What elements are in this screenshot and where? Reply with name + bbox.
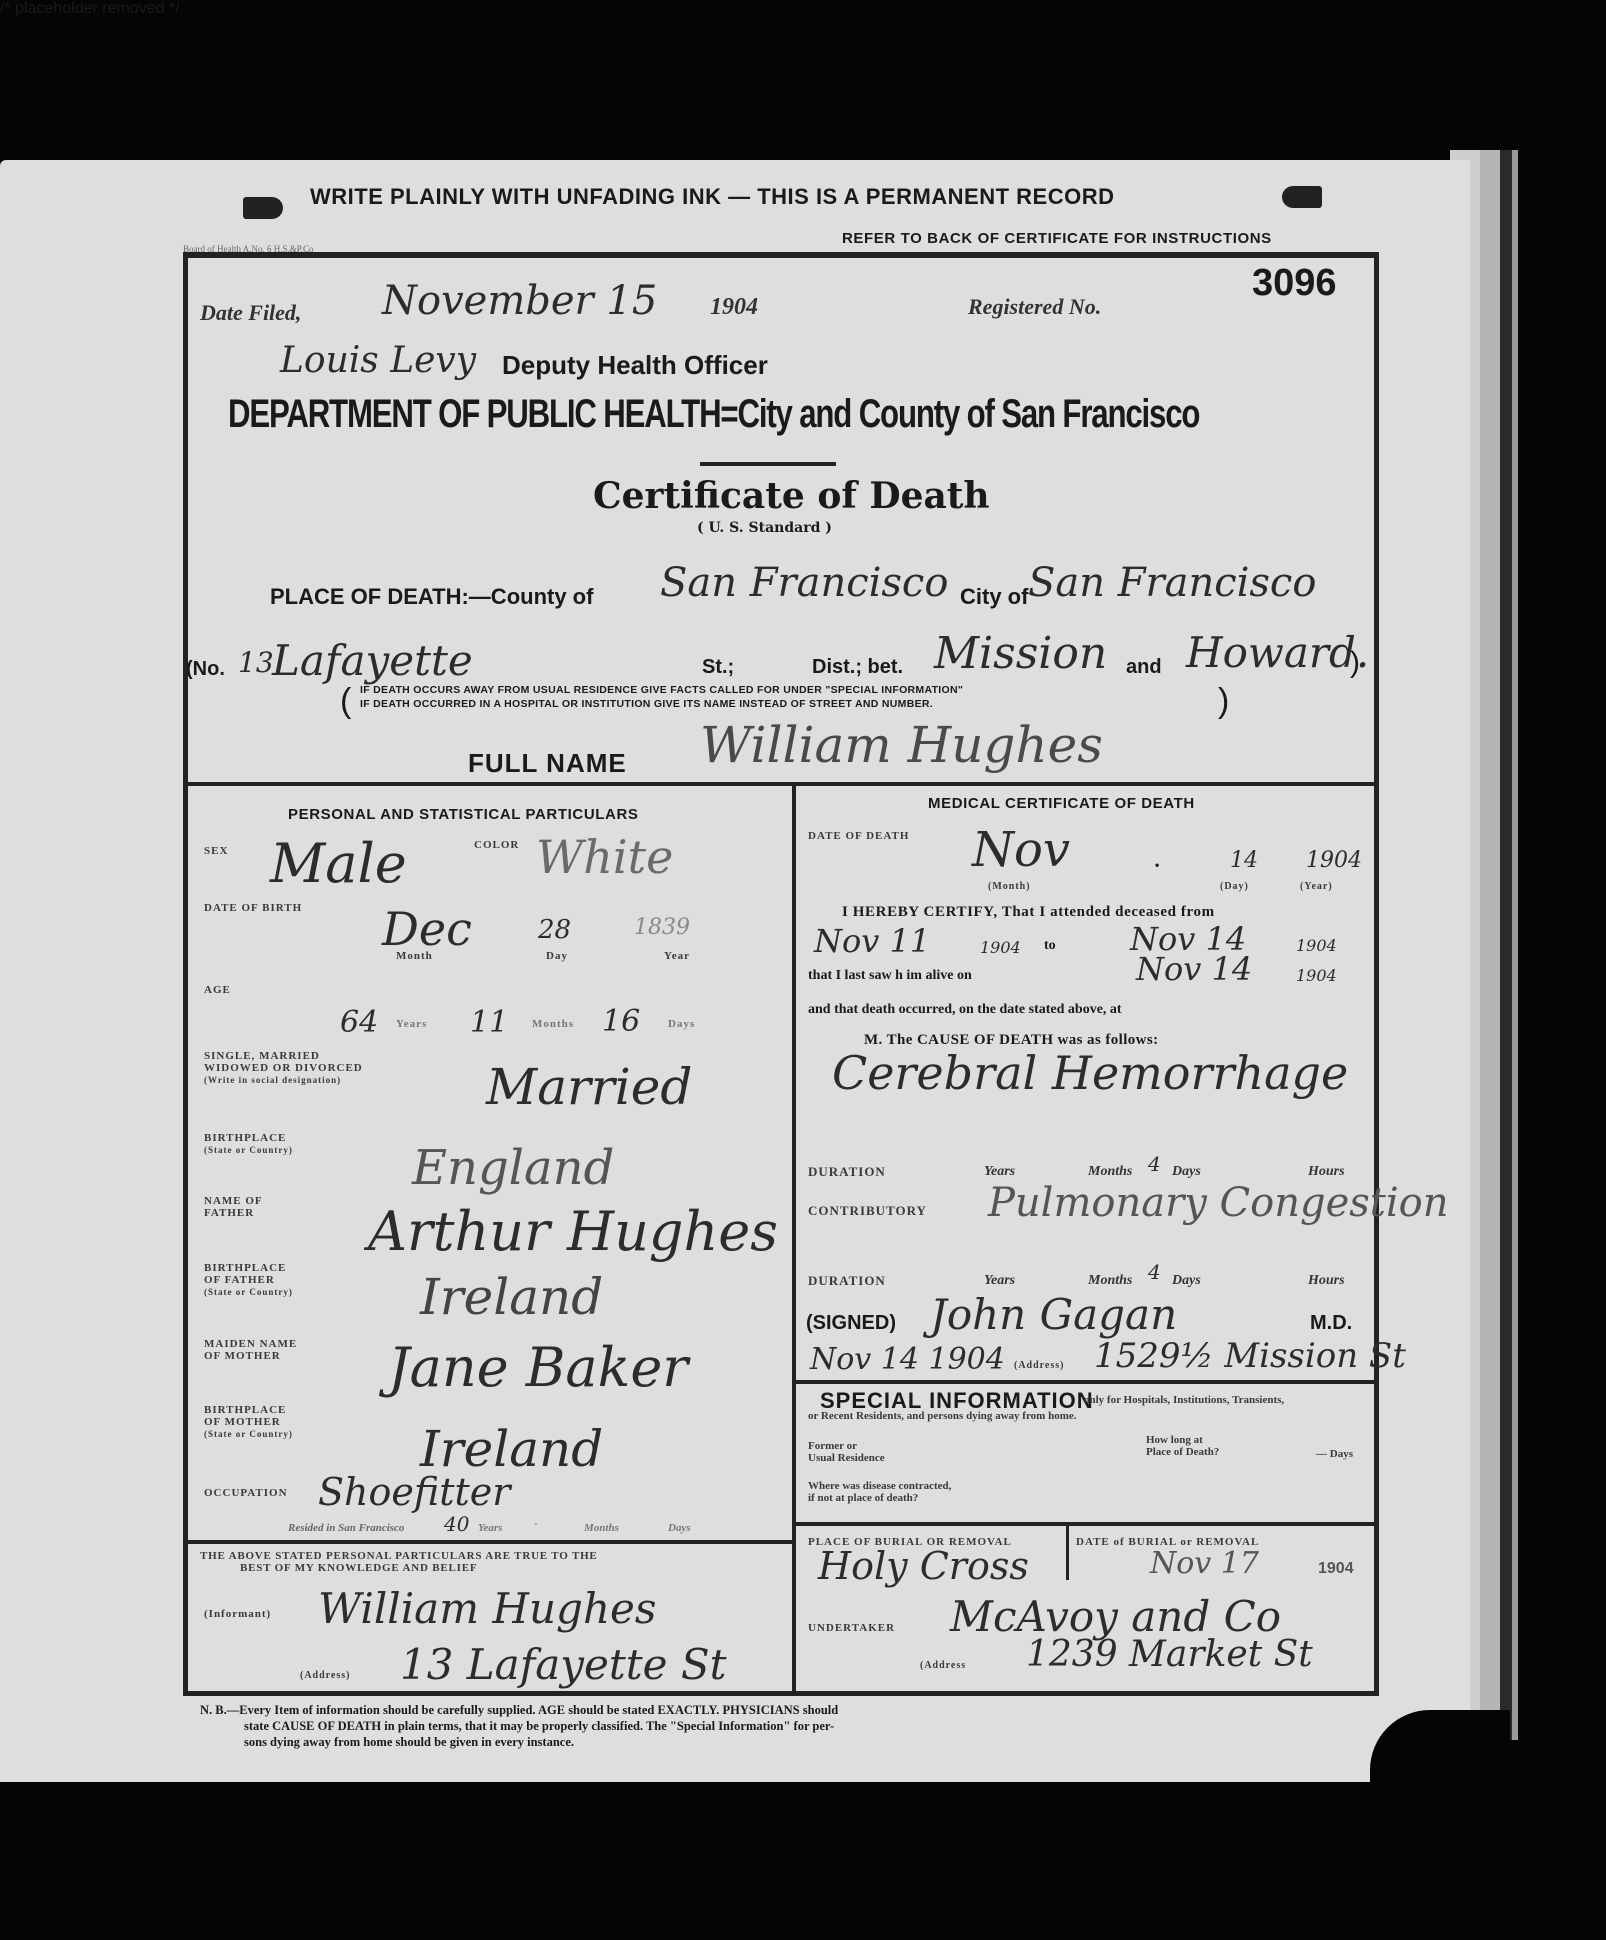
how-long-label: How long at Place of Death? <box>1146 1434 1219 1458</box>
burial-column-divider <box>1066 1524 1069 1580</box>
title-divider <box>700 462 836 466</box>
informant-label: (Informant) <box>204 1608 271 1620</box>
pointing-hand-icon <box>243 197 283 219</box>
ledger-page-edge <box>1500 150 1512 1740</box>
registered-label: Registered No. <box>968 294 1101 320</box>
marital-label-line: (Write in social designation) <box>204 1074 363 1086</box>
cause-value: Cerebral Hemorrhage <box>832 1046 1348 1100</box>
sex-value: Male <box>270 832 407 895</box>
dob-year: 1839 <box>634 915 690 940</box>
date-filed-year: 1904 <box>710 294 758 321</box>
birthplace-value: England <box>412 1140 614 1196</box>
banner-text: WRITE PLAINLY WITH UNFADING INK — THIS I… <box>310 184 1115 210</box>
physician-address-label: (Address) <box>1014 1360 1064 1372</box>
attended-to-year: 1904 <box>1296 936 1337 955</box>
city-value: San Francisco <box>1028 560 1316 606</box>
contracted-label-line: Where was disease contracted, <box>808 1480 951 1492</box>
special-note-2: or Recent Residents, and persons dying a… <box>808 1410 1077 1422</box>
occupation-label: OCCUPATION <box>204 1487 288 1499</box>
informant-statement: THE ABOVE STATED PERSONAL PARTICULARS AR… <box>200 1550 598 1574</box>
footnote-line: state CAUSE OF DEATH in plain terms, tha… <box>200 1718 838 1734</box>
and-label: and <box>1126 656 1162 679</box>
color-value: White <box>536 830 673 884</box>
undertaker-address: 1239 Market St <box>1026 1634 1313 1675</box>
age-months-label: Months <box>532 1018 574 1030</box>
officer-title: Deputy Health Officer <box>502 350 768 381</box>
dod-year: 1904 <box>1306 848 1362 873</box>
sex-label: SEX <box>204 845 228 857</box>
pointing-hand-icon <box>1282 186 1322 208</box>
duration-days-value: 4 <box>1148 1152 1161 1176</box>
informant-statement-line: THE ABOVE STATED PERSONAL PARTICULARS AR… <box>200 1550 598 1562</box>
marital-label-line: WIDOWED OR DIVORCED <box>204 1062 363 1074</box>
street-name-value: Lafayette <box>272 636 473 685</box>
full-name-label: FULL NAME <box>468 748 627 779</box>
residence-note-2: IF DEATH OCCURRED IN A HOSPITAL OR INSTI… <box>360 698 933 710</box>
age-label: AGE <box>204 984 231 996</box>
how-long-label-line: How long at <box>1146 1434 1219 1446</box>
full-name-value: William Hughes <box>700 716 1103 774</box>
street-no-value: 13 <box>238 646 274 679</box>
father-birthplace-label-line: OF FATHER <box>204 1274 293 1286</box>
medical-heading: MEDICAL CERTIFICATE OF DEATH <box>928 795 1195 812</box>
last-saw-text: that I last saw h im alive on <box>808 968 972 984</box>
registered-number: 3096 <box>1252 262 1337 305</box>
date-filed-value: November 15 <box>382 278 657 324</box>
dod-separator: • <box>1155 858 1159 872</box>
marital-label-line: SINGLE, MARRIED <box>204 1050 363 1062</box>
contributory-value: Pulmonary Congestion <box>988 1180 1449 1226</box>
resided-years-label: Years <box>478 1522 502 1534</box>
undertaker-address-label: (Address <box>920 1660 966 1672</box>
physician-address: 1529½ Mission St <box>1094 1336 1406 1376</box>
father-birthplace-label-line: BIRTHPLACE <box>204 1262 293 1274</box>
dob-day-label: Day <box>546 950 568 962</box>
father-label: NAME OF FATHER <box>204 1195 263 1219</box>
last-saw-date: Nov 14 <box>1136 950 1252 988</box>
dod-day: 14 <box>1230 848 1258 873</box>
age-days: 16 <box>602 1004 640 1039</box>
burial-divider <box>796 1522 1374 1526</box>
informant-address-label: (Address) <box>300 1670 350 1682</box>
undertaker-label: UNDERTAKER <box>808 1622 895 1634</box>
note-bracket: ( <box>340 682 351 721</box>
dob-day: 28 <box>538 915 571 945</box>
dod-year-label: (Year) <box>1300 881 1333 893</box>
duration-hours-label: Hours <box>1308 1164 1345 1180</box>
duration-label: DURATION <box>808 1166 886 1178</box>
between-street-1: Mission <box>934 628 1107 679</box>
dob-month-label: Month <box>396 950 433 962</box>
how-long-label-line: Place of Death? <box>1146 1446 1219 1458</box>
mother-birthplace-label-line: OF MOTHER <box>204 1416 293 1428</box>
duration-2-days-label: Days <box>1172 1273 1201 1289</box>
duration-days-label: Days <box>1172 1164 1201 1180</box>
attended-from-year: 1904 <box>980 938 1021 957</box>
ledger-page-edge <box>1480 150 1500 1740</box>
certificate-title: Certificate of Death <box>593 475 990 517</box>
father-birthplace-label: BIRTHPLACE OF FATHER (State or Country) <box>204 1262 293 1298</box>
signed-date: Nov 14 1904 <box>810 1342 1005 1377</box>
dod-label: DATE OF DEATH <box>808 830 909 842</box>
st-label: St.; <box>702 656 734 679</box>
father-label-line: FATHER <box>204 1207 263 1219</box>
age-years-label: Years <box>396 1018 427 1030</box>
special-note-1: only for Hospitals, Institutions, Transi… <box>1084 1394 1284 1406</box>
informant-divider <box>188 1540 794 1544</box>
father-name-value: Arthur Hughes <box>368 1200 778 1263</box>
resided-months-label: Months <box>584 1522 619 1534</box>
column-divider <box>792 782 796 1696</box>
footnote-line: N. B.—Every Item of information should b… <box>200 1702 838 1718</box>
section-divider <box>188 782 1374 786</box>
street-no-label: (No. <box>186 658 225 681</box>
physician-signature: John Gagan <box>930 1290 1177 1339</box>
resided-months: - <box>534 1518 538 1530</box>
former-residence-label-line: Usual Residence <box>808 1452 885 1464</box>
place-of-death-label: PLACE OF DEATH:—County of <box>270 584 593 610</box>
contracted-label-line: if not at place of death? <box>808 1492 951 1504</box>
certify-text: I HEREBY CERTIFY, That I attended deceas… <box>842 904 1215 921</box>
note-bracket: ) <box>1218 682 1229 721</box>
mother-birthplace-label-line: BIRTHPLACE <box>204 1404 293 1416</box>
closing-paren: ) <box>1350 646 1360 680</box>
age-years: 64 <box>340 1005 378 1040</box>
last-saw-year: 1904 <box>1296 966 1337 985</box>
dob-month: Dec <box>382 902 472 956</box>
signed-label: (SIGNED) <box>806 1312 896 1335</box>
marital-value: Married <box>486 1058 692 1116</box>
contributory-label: CONTRIBUTORY <box>808 1205 927 1217</box>
ledger-page-edge <box>1512 150 1518 1740</box>
mother-label-line: OF MOTHER <box>204 1350 297 1362</box>
instructions-note: REFER TO BACK OF CERTIFICATE FOR INSTRUC… <box>842 230 1272 247</box>
county-value: San Francisco <box>660 560 948 606</box>
dist-label: Dist.; bet. <box>812 656 903 679</box>
age-months: 11 <box>470 1005 508 1040</box>
how-long-days: — Days <box>1316 1448 1353 1460</box>
duration-months-label: Months <box>1088 1164 1132 1180</box>
marital-label: SINGLE, MARRIED WIDOWED OR DIVORCED (Wri… <box>204 1050 363 1086</box>
personal-heading: PERSONAL AND STATISTICAL PARTICULARS <box>288 806 639 823</box>
standard-subtitle: ( U. S. Standard ) <box>697 520 832 536</box>
dob-year-label: Year <box>664 950 690 962</box>
duration-2-label: DURATION <box>808 1275 886 1287</box>
duration-2-days-value: 4 <box>1148 1260 1161 1284</box>
dob-label: DATE OF BIRTH <box>204 902 302 914</box>
age-days-label: Days <box>668 1018 695 1030</box>
officer-signature: Louis Levy <box>280 340 476 381</box>
father-birthplace-label-line: (State or Country) <box>204 1286 293 1298</box>
former-residence-label-line: Former or <box>808 1440 885 1452</box>
dod-month-label: (Month) <box>988 881 1031 893</box>
city-label: City of <box>960 584 1028 610</box>
burial-year: 1904 <box>1318 1560 1354 1578</box>
burial-place: Holy Cross <box>818 1544 1029 1588</box>
resided-days-label: Days <box>668 1522 691 1534</box>
date-filed-label: Date Filed, <box>200 300 301 326</box>
special-divider <box>796 1380 1374 1384</box>
contracted-label: Where was disease contracted, if not at … <box>808 1480 951 1504</box>
attended-from: Nov 11 <box>814 922 930 960</box>
duration-2-months-label: Months <box>1088 1273 1132 1289</box>
birthplace-label: BIRTHPLACE (State or Country) <box>204 1132 293 1156</box>
mother-birthplace-label-line: (State or Country) <box>204 1428 293 1440</box>
md-label: M.D. <box>1310 1312 1352 1335</box>
dod-day-label: (Day) <box>1220 881 1249 893</box>
informant-statement-line: BEST OF MY KNOWLEDGE AND BELIEF <box>200 1562 598 1574</box>
resided-years: 40 <box>444 1512 469 1536</box>
between-street-2: Howard. <box>1186 628 1369 677</box>
occurred-text: and that death occurred, on the date sta… <box>808 1002 1122 1018</box>
department-title: DEPARTMENT OF PUBLIC HEALTH=City and Cou… <box>228 392 1199 437</box>
informant-name: William Hughes <box>318 1584 656 1633</box>
mother-label-line: MAIDEN NAME <box>204 1338 297 1350</box>
former-residence-label: Former or Usual Residence <box>808 1440 885 1464</box>
mother-name-value: Jane Baker <box>388 1336 688 1399</box>
footnote: N. B.—Every Item of information should b… <box>200 1702 838 1750</box>
duration-2-years-label: Years <box>984 1273 1015 1289</box>
informant-address: 13 Lafayette St <box>400 1640 727 1689</box>
burial-date: Nov 17 <box>1150 1546 1259 1581</box>
dod-month: Nov <box>972 822 1070 878</box>
color-label: COLOR <box>474 839 519 851</box>
occupation-value: Shoefitter <box>318 1470 510 1514</box>
birthplace-label-line: (State or Country) <box>204 1144 293 1156</box>
father-label-line: NAME OF <box>204 1195 263 1207</box>
mother-label: MAIDEN NAME OF MOTHER <box>204 1338 297 1362</box>
page-corner-shadow <box>1370 1710 1510 1800</box>
duration-years-label: Years <box>984 1164 1015 1180</box>
resided-label: Resided in San Francisco <box>288 1522 404 1534</box>
to-label: to <box>1044 938 1056 954</box>
birthplace-label-line: BIRTHPLACE <box>204 1132 293 1144</box>
father-birthplace-value: Ireland <box>420 1268 603 1326</box>
footnote-line: sons dying away from home should be give… <box>200 1734 838 1750</box>
mother-birthplace-label: BIRTHPLACE OF MOTHER (State or Country) <box>204 1404 293 1440</box>
residence-note-1: IF DEATH OCCURS AWAY FROM USUAL RESIDENC… <box>360 684 963 696</box>
duration-2-hours-label: Hours <box>1308 1273 1345 1289</box>
